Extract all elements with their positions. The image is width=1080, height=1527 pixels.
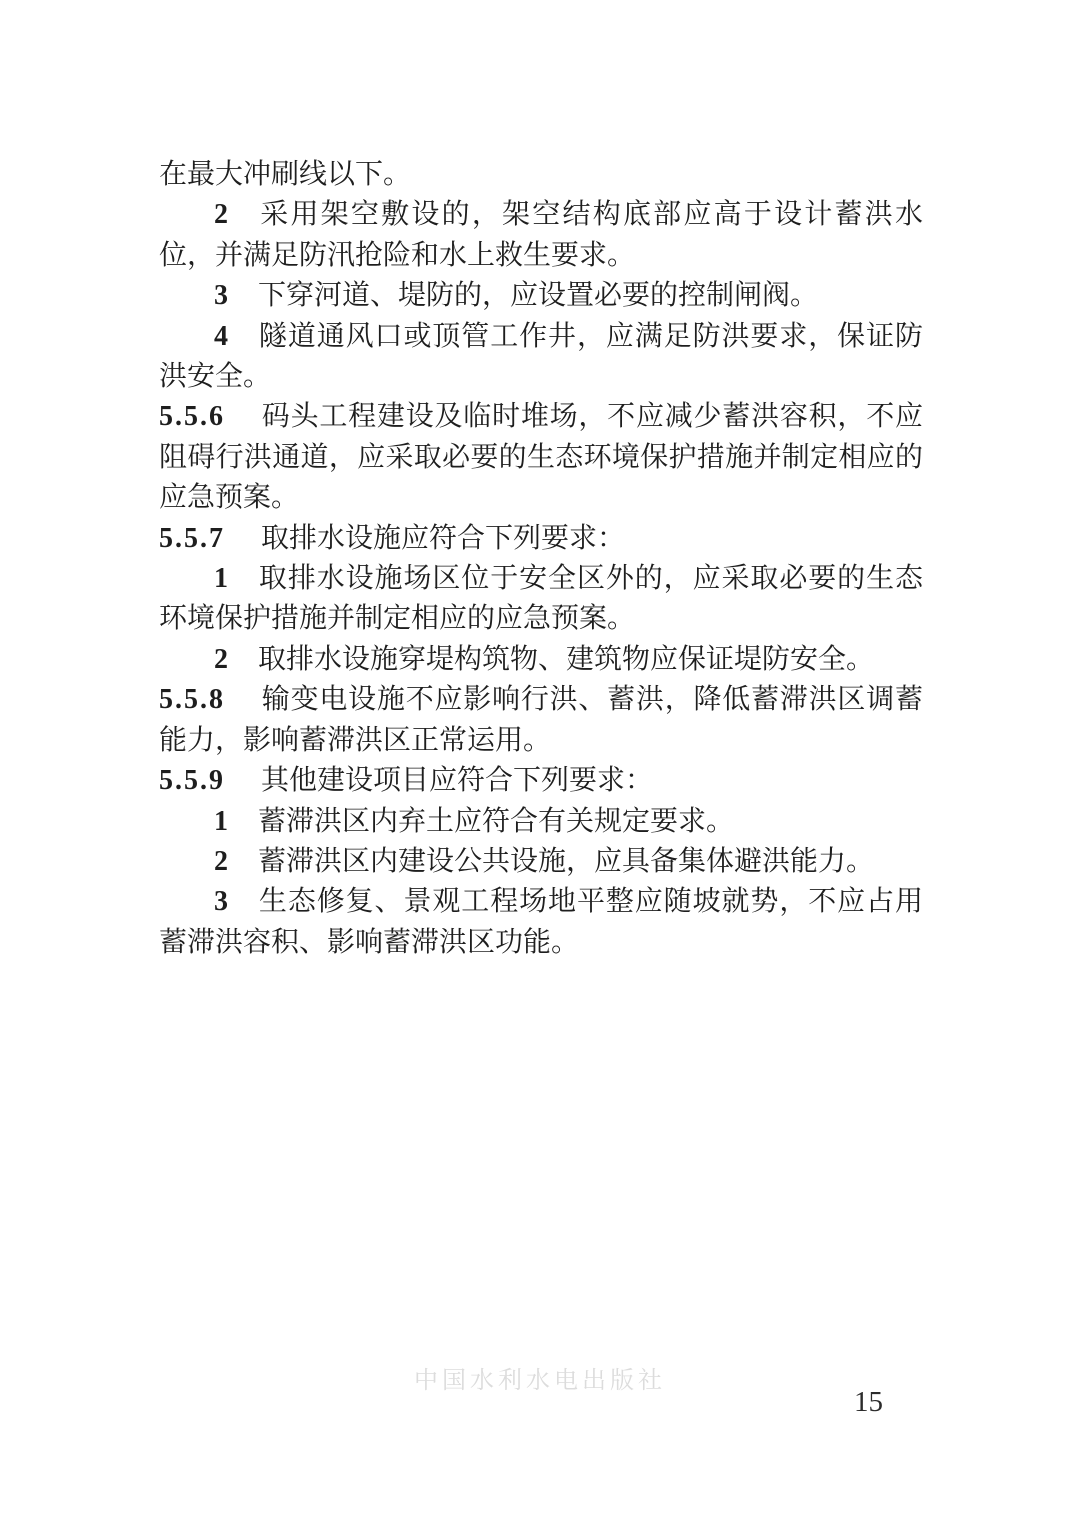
list-item: 2取排水设施穿堤构筑物、建筑物应保证堤防安全。	[159, 640, 923, 680]
item-text: 采用架空敷设的，架空结构底部应高于设计蓄洪水位，并满足防汛抢险和水上救生要求。	[159, 199, 923, 270]
item-text: 隧道通风口或顶管工作井，应满足防洪要求，保证防洪安全。	[159, 321, 923, 392]
page-number: 15	[854, 1386, 883, 1419]
publisher-watermark: 中国水利水电出版社	[0, 1360, 1080, 1395]
section-clause-5-5-6: 5.5.6码头工程建设及临时堆场，不应减少蓄洪容积，不应阻碍行洪通道，应采取必要…	[159, 397, 923, 518]
item-number: 2	[214, 644, 228, 675]
list-item: 2采用架空敷设的，架空结构底部应高于设计蓄洪水位，并满足防汛抢险和水上救生要求。	[159, 195, 923, 276]
item-text: 下穿河道、堤防的，应设置必要的控制闸阀。	[258, 280, 818, 311]
list-item: 2蓄滞洪区内建设公共设施，应具备集体避洪能力。	[159, 842, 923, 882]
clause-text: 其他建设项目应符合下列要求：	[261, 765, 653, 796]
item-number: 2	[214, 846, 228, 877]
item-number: 3	[214, 280, 228, 311]
item-number: 3	[214, 886, 228, 917]
body-text-block: 在最大冲刷线以下。 2采用架空敷设的，架空结构底部应高于设计蓄洪水位，并满足防汛…	[159, 155, 923, 963]
document-page: 在最大冲刷线以下。 2采用架空敷设的，架空结构底部应高于设计蓄洪水位，并满足防汛…	[0, 0, 1080, 1527]
clause-text: 码头工程建设及临时堆场，不应减少蓄洪容积，不应阻碍行洪通道，应采取必要的生态环境…	[159, 401, 923, 513]
item-text: 取排水设施穿堤构筑物、建筑物应保证堤防安全。	[258, 644, 874, 675]
section-clause-5-5-9: 5.5.9其他建设项目应符合下列要求：	[159, 761, 923, 801]
list-item: 3生态修复、景观工程场地平整应随坡就势，不应占用蓄滞洪容积、影响蓄滞洪区功能。	[159, 882, 923, 963]
item-text: 取排水设施场区位于安全区外的，应采取必要的生态环境保护措施并制定相应的应急预案。	[159, 563, 923, 634]
paragraph-continuation: 在最大冲刷线以下。	[159, 155, 923, 195]
item-number: 2	[214, 199, 228, 230]
item-number: 1	[214, 563, 228, 594]
list-item: 3下穿河道、堤防的，应设置必要的控制闸阀。	[159, 276, 923, 316]
item-number: 4	[214, 321, 228, 352]
clause-text: 输变电设施不应影响行洪、蓄洪，降低蓄滞洪区调蓄能力，影响蓄滞洪区正常运用。	[159, 684, 923, 755]
list-item: 4隧道通风口或顶管工作井，应满足防洪要求，保证防洪安全。	[159, 317, 923, 398]
section-clause-5-5-8: 5.5.8输变电设施不应影响行洪、蓄洪，降低蓄滞洪区调蓄能力，影响蓄滞洪区正常运…	[159, 680, 923, 761]
item-text: 蓄滞洪区内弃土应符合有关规定要求。	[258, 806, 734, 837]
section-clause-5-5-7: 5.5.7取排水设施应符合下列要求：	[159, 519, 923, 559]
clause-number: 5.5.7	[159, 523, 225, 554]
clause-number: 5.5.6	[159, 401, 225, 432]
paragraph-text: 在最大冲刷线以下。	[159, 159, 411, 190]
clause-number: 5.5.9	[159, 765, 225, 796]
item-number: 1	[214, 806, 228, 837]
list-item: 1取排水设施场区位于安全区外的，应采取必要的生态环境保护措施并制定相应的应急预案…	[159, 559, 923, 640]
list-item: 1蓄滞洪区内弃土应符合有关规定要求。	[159, 802, 923, 842]
clause-text: 取排水设施应符合下列要求：	[261, 523, 625, 554]
item-text: 生态修复、景观工程场地平整应随坡就势，不应占用蓄滞洪容积、影响蓄滞洪区功能。	[159, 886, 923, 957]
clause-number: 5.5.8	[159, 684, 225, 715]
item-text: 蓄滞洪区内建设公共设施，应具备集体避洪能力。	[258, 846, 874, 877]
